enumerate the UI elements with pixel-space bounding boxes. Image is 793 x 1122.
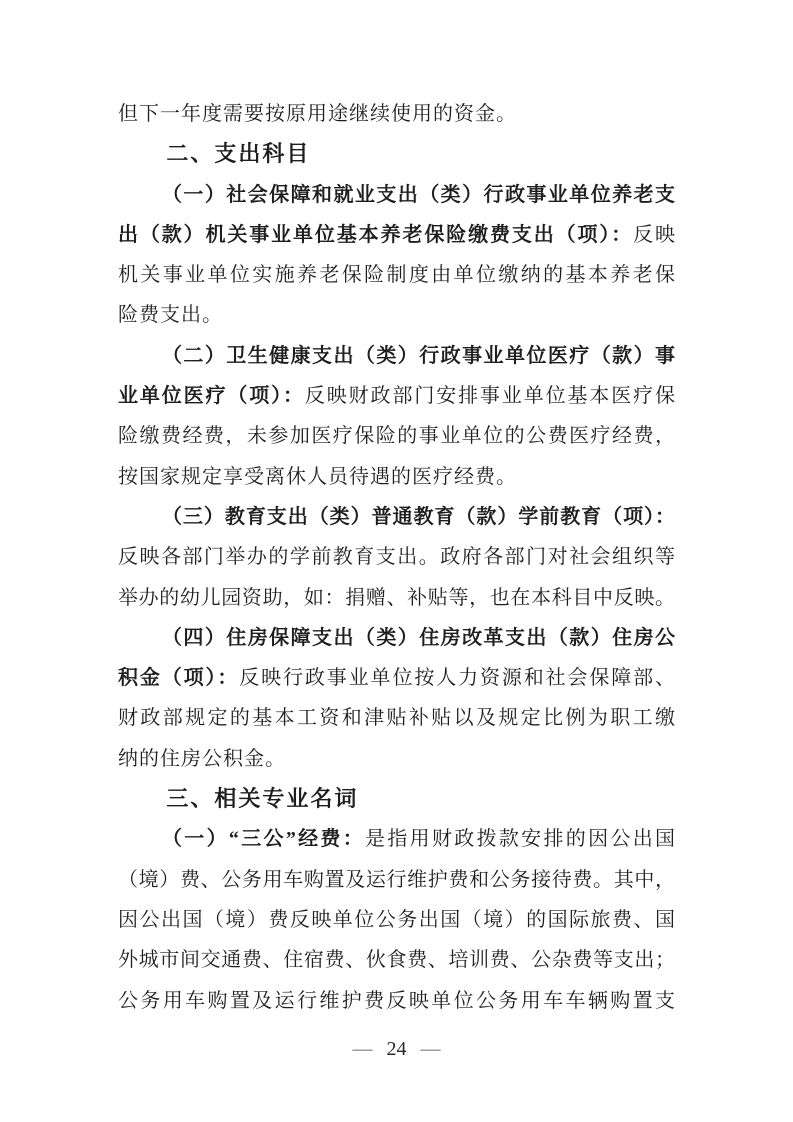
text-line: 险费支出。 bbox=[118, 295, 675, 335]
text-line: 纳的住房公积金。 bbox=[118, 739, 675, 779]
text-line: 机关事业单位实施养老保险制度由单位缴纳的基本养老保 bbox=[118, 255, 675, 295]
text-line: （境）费、公务用车购置及运行维护费和公务接待费。其中， bbox=[118, 860, 675, 900]
bold-text: （一）“三公”经费： bbox=[162, 828, 365, 850]
regular-text: 反映财政部门安排事业单位基本医疗保 bbox=[305, 385, 675, 407]
text-line: （一）社会保障和就业支出（类）行政事业单位养老支 bbox=[118, 175, 675, 215]
page-footer: —24— bbox=[0, 1036, 793, 1062]
text-line: （二）卫生健康支出（类）行政事业单位医疗（款）事 bbox=[118, 336, 675, 376]
heading-text: 二、支出科目 bbox=[166, 141, 310, 166]
text-line: 业单位医疗（项）：反映财政部门安排事业单位基本医疗保 bbox=[118, 376, 675, 416]
regular-text: 因公出国（境）费反映单位公务出国（境）的国际旅费、国 bbox=[118, 909, 675, 931]
regular-text: 反映行政事业单位按人力资源和社会保障部、 bbox=[239, 667, 675, 689]
regular-text: 反映 bbox=[633, 224, 675, 246]
text-line: （一）“三公”经费：是指用财政拨款安排的因公出国 bbox=[118, 819, 675, 859]
footer-dash-right: — bbox=[421, 1039, 441, 1060]
text-line: （四）住房保障支出（类）住房改革支出（款）住房公 bbox=[118, 618, 675, 658]
bold-text: （一）社会保障和就业支出（类）行政事业单位养老支 bbox=[162, 184, 675, 206]
regular-text: 举办的幼儿园资助，如：捐赠、补贴等，也在本科目中反映。 bbox=[118, 587, 675, 609]
text-line: 但下一年度需要按原用途继续使用的资金。 bbox=[118, 94, 675, 134]
regular-text: 是指用财政拨款安排的因公出国 bbox=[365, 828, 675, 850]
text-line: 险缴费经费，未参加医疗保险的事业单位的公费医疗经费， bbox=[118, 416, 675, 456]
bold-text: 业单位医疗（项）： bbox=[118, 385, 305, 407]
regular-text: 反映各部门举办的学前教育支出。政府各部门对社会组织等 bbox=[118, 546, 675, 568]
heading-text: 三、相关专业名词 bbox=[166, 786, 358, 811]
section-heading: 三、相关专业名词 bbox=[118, 779, 675, 819]
footer-dash-left: — bbox=[353, 1039, 373, 1060]
text-line: 积金（项）：反映行政事业单位按人力资源和社会保障部、 bbox=[118, 658, 675, 698]
text-line: 公务用车购置及运行维护费反映单位公务用车车辆购置支 bbox=[118, 981, 675, 1021]
regular-text: 按国家规定享受离休人员待遇的医疗经费。 bbox=[118, 466, 517, 488]
text-line: 举办的幼儿园资助，如：捐赠、补贴等，也在本科目中反映。 bbox=[118, 578, 675, 618]
regular-text: 财政部规定的基本工资和津贴补贴以及规定比例为职工缴 bbox=[118, 707, 675, 729]
text-line: 因公出国（境）费反映单位公务出国（境）的国际旅费、国 bbox=[118, 900, 675, 940]
bold-text: 出（款）机关事业单位基本养老保险缴费支出（项）： bbox=[118, 224, 633, 246]
text-line: 外城市间交通费、住宿费、伙食费、培训费、公杂费等支出； bbox=[118, 940, 675, 980]
bold-text: （三）教育支出（类）普通教育（款）学前教育（项）： bbox=[162, 506, 675, 528]
bold-text: （四）住房保障支出（类）住房改革支出（款）住房公 bbox=[162, 627, 675, 649]
regular-text: 险费支出。 bbox=[118, 304, 223, 326]
document-page: 但下一年度需要按原用途继续使用的资金。 二、支出科目 （一）社会保障和就业支出（… bbox=[0, 0, 793, 1122]
regular-text: 纳的住房公积金。 bbox=[118, 748, 286, 770]
text-line: 反映各部门举办的学前教育支出。政府各部门对社会组织等 bbox=[118, 537, 675, 577]
text-line: 按国家规定享受离休人员待遇的医疗经费。 bbox=[118, 457, 675, 497]
regular-text: （境）费、公务用车购置及运行维护费和公务接待费。其中， bbox=[118, 869, 675, 891]
section-heading: 二、支出科目 bbox=[118, 134, 675, 174]
bold-text: 积金（项）： bbox=[118, 667, 239, 689]
regular-text: 机关事业单位实施养老保险制度由单位缴纳的基本养老保 bbox=[118, 264, 675, 286]
document-body: 但下一年度需要按原用途继续使用的资金。 二、支出科目 （一）社会保障和就业支出（… bbox=[118, 94, 675, 1021]
text-line: 财政部规定的基本工资和津贴补贴以及规定比例为职工缴 bbox=[118, 698, 675, 738]
text-line: （三）教育支出（类）普通教育（款）学前教育（项）： bbox=[118, 497, 675, 537]
regular-text: 外城市间交通费、住宿费、伙食费、培训费、公杂费等支出； bbox=[118, 949, 675, 971]
regular-text: 但下一年度需要按原用途继续使用的资金。 bbox=[118, 103, 517, 125]
bold-text: （二）卫生健康支出（类）行政事业单位医疗（款）事 bbox=[162, 345, 675, 367]
text-line: 出（款）机关事业单位基本养老保险缴费支出（项）：反映 bbox=[118, 215, 675, 255]
regular-text: 险缴费经费，未参加医疗保险的事业单位的公费医疗经费， bbox=[118, 425, 675, 447]
regular-text: 公务用车购置及运行维护费反映单位公务用车车辆购置支 bbox=[118, 990, 675, 1012]
page-number: 24 bbox=[387, 1038, 407, 1060]
